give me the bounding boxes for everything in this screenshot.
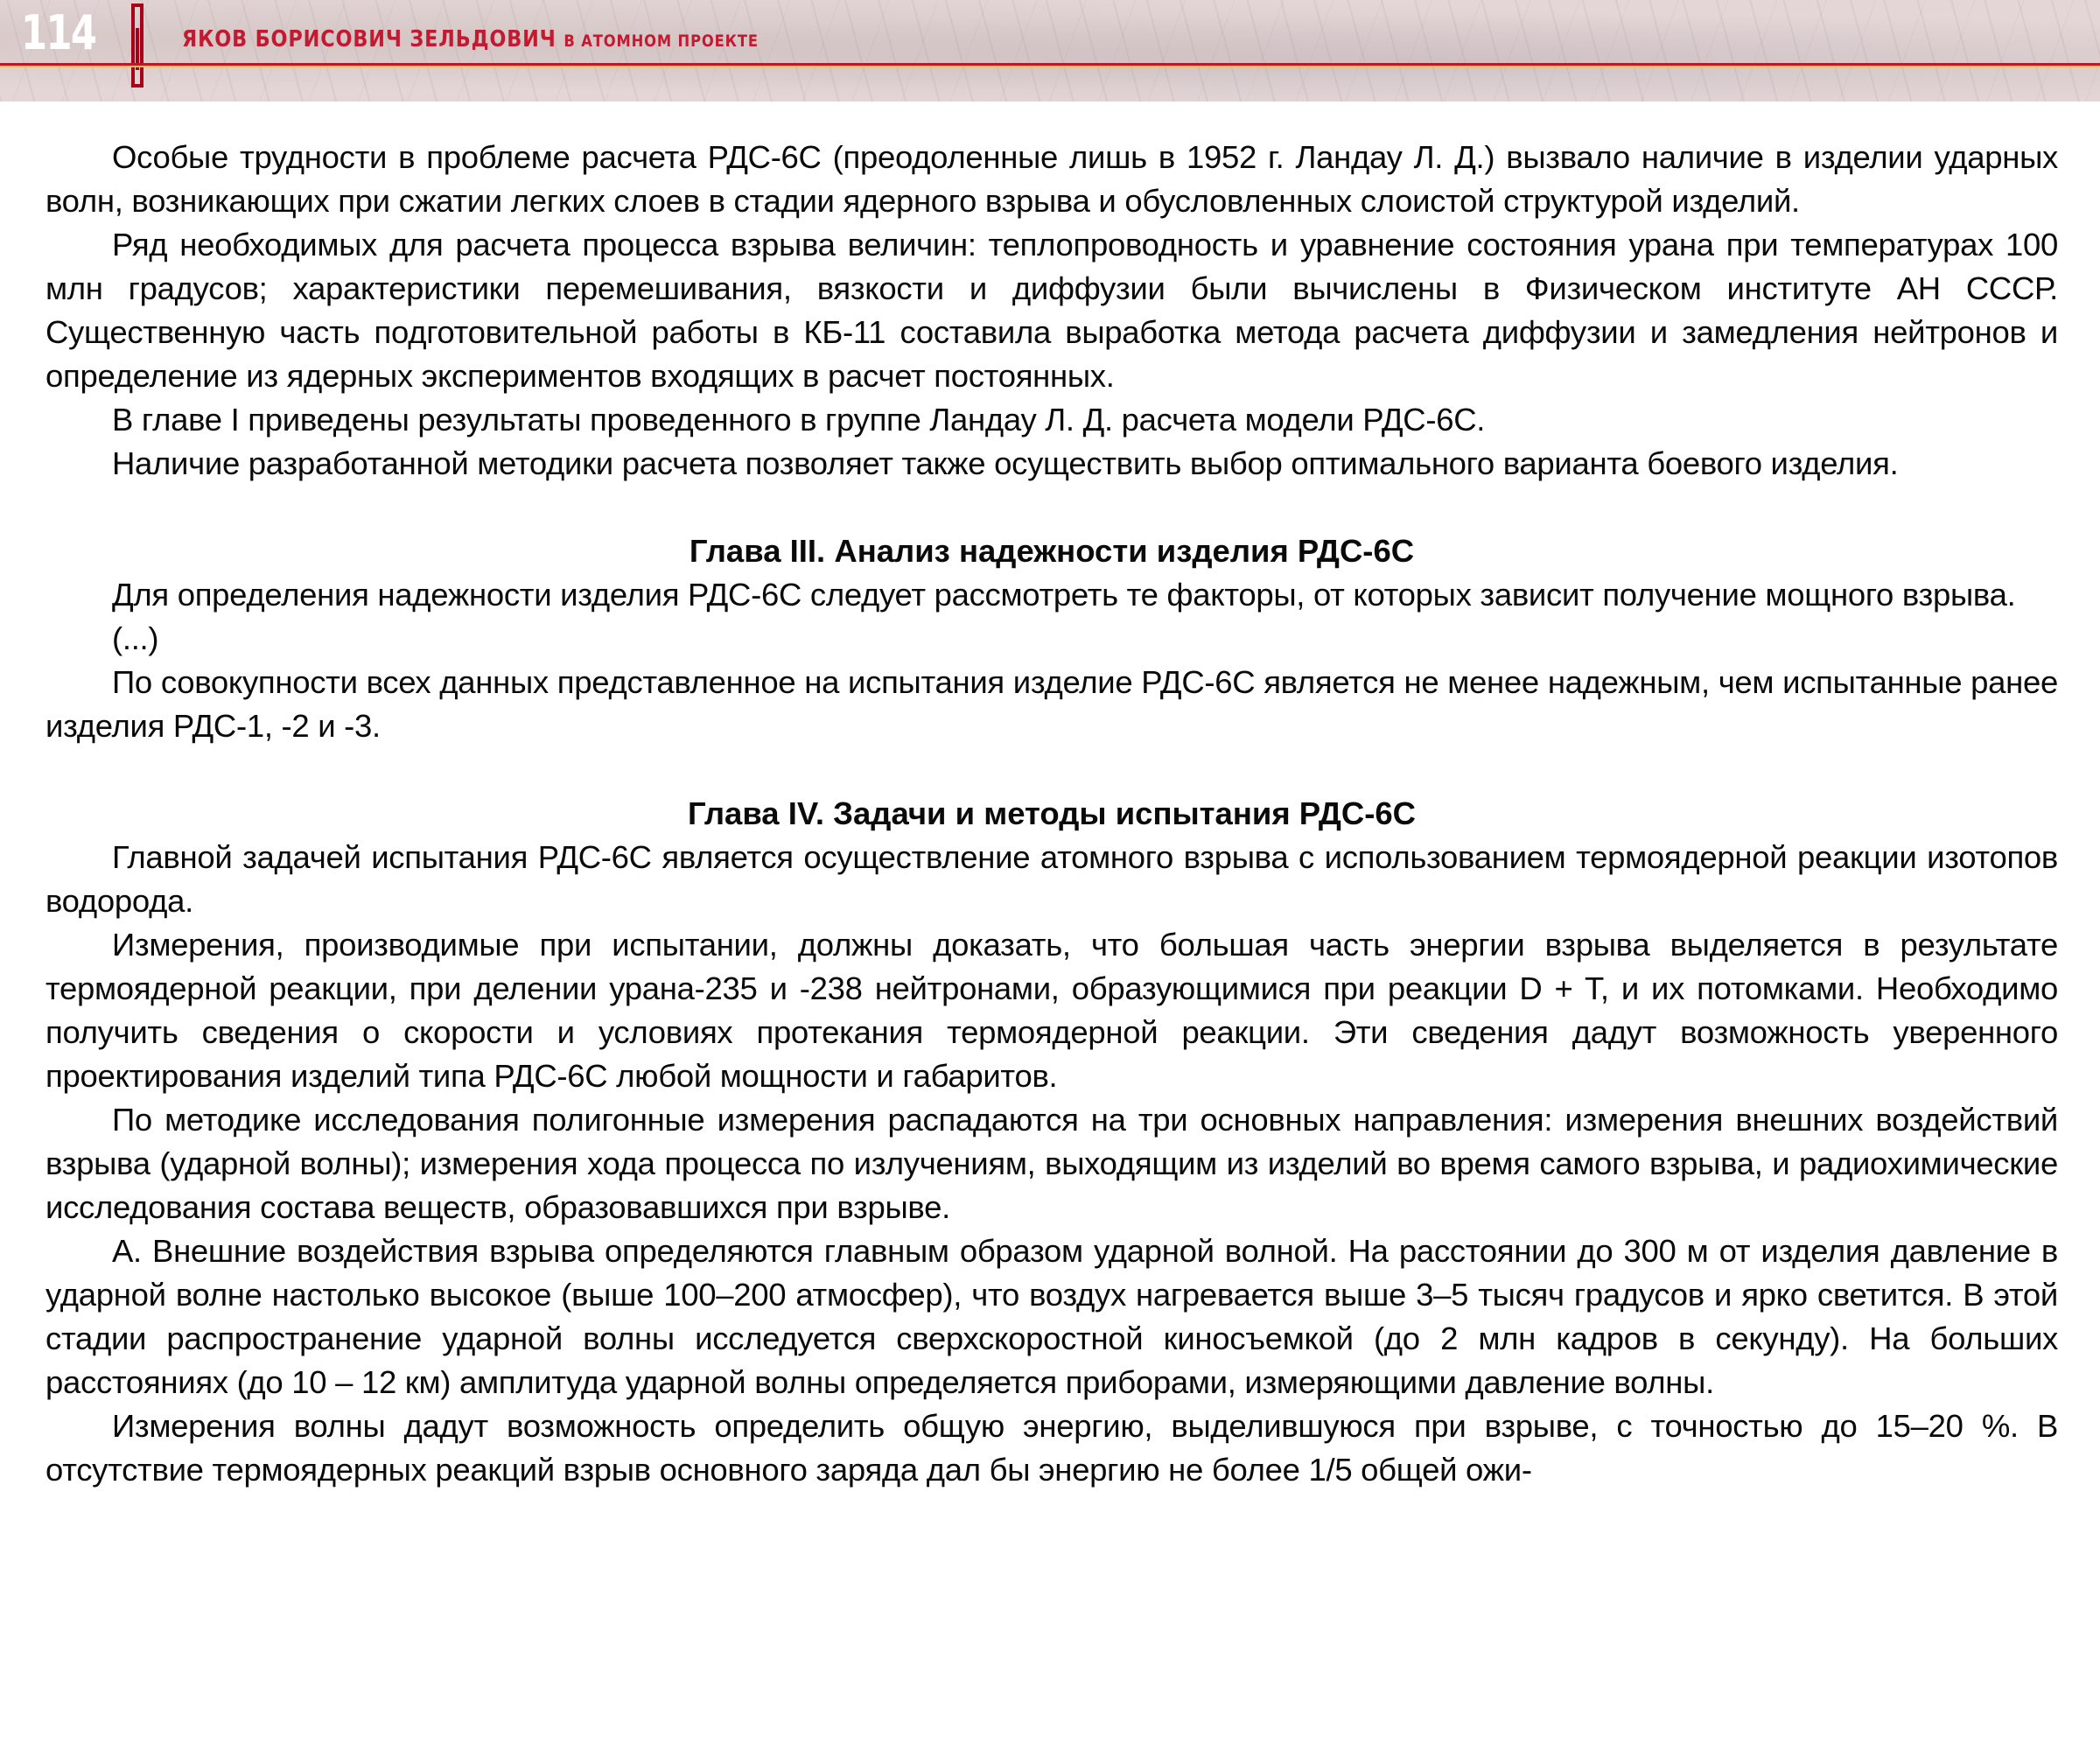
paragraph: Особые трудности в проблеме расчета РДС-… xyxy=(45,136,2058,223)
page-header: 114 ЯКОВ БОРИСОВИЧ ЗЕЛЬДОВИЧ В АТОМНОМ П… xyxy=(0,0,2100,102)
paragraph: Измерения, производимые при испытании, д… xyxy=(45,923,2058,1098)
paragraph: Ряд необходимых для расчета процесса взр… xyxy=(45,223,2058,398)
paragraph: Наличие разработанной методики расчета п… xyxy=(45,442,2058,486)
paragraph: По совокупности всех данных представленн… xyxy=(45,661,2058,748)
paragraph-ellipsis: (...) xyxy=(45,617,2058,661)
paragraph: А. Внешние воздействия взрыва определяют… xyxy=(45,1229,2058,1404)
chapter-heading: Глава IV. Задачи и методы испытания РДС-… xyxy=(45,748,2058,836)
paragraph: Измерения волны дадут возможность опреде… xyxy=(45,1404,2058,1492)
chapter-heading: Глава III. Анализ надежности изделия РДС… xyxy=(45,486,2058,573)
page-number: 114 xyxy=(21,7,95,60)
header-ornament-icon xyxy=(131,4,143,88)
header-divider xyxy=(0,63,2100,67)
paragraph: В главе I приведены результаты проведенн… xyxy=(45,398,2058,442)
paragraph: Главной задачей испытания РДС-6С являетс… xyxy=(45,836,2058,923)
running-title-main: ЯКОВ БОРИСОВИЧ ЗЕЛЬДОВИЧ xyxy=(182,26,556,53)
paragraph: По методике исследования полигонные изме… xyxy=(45,1098,2058,1229)
running-title: ЯКОВ БОРИСОВИЧ ЗЕЛЬДОВИЧ В АТОМНОМ ПРОЕК… xyxy=(182,26,759,53)
running-title-small: В АТОМНОМ ПРОЕКТЕ xyxy=(563,32,759,51)
page-body: Особые трудности в проблеме расчета РДС-… xyxy=(45,136,2058,1492)
paragraph: Для определения надежности изделия РДС-6… xyxy=(45,573,2058,617)
